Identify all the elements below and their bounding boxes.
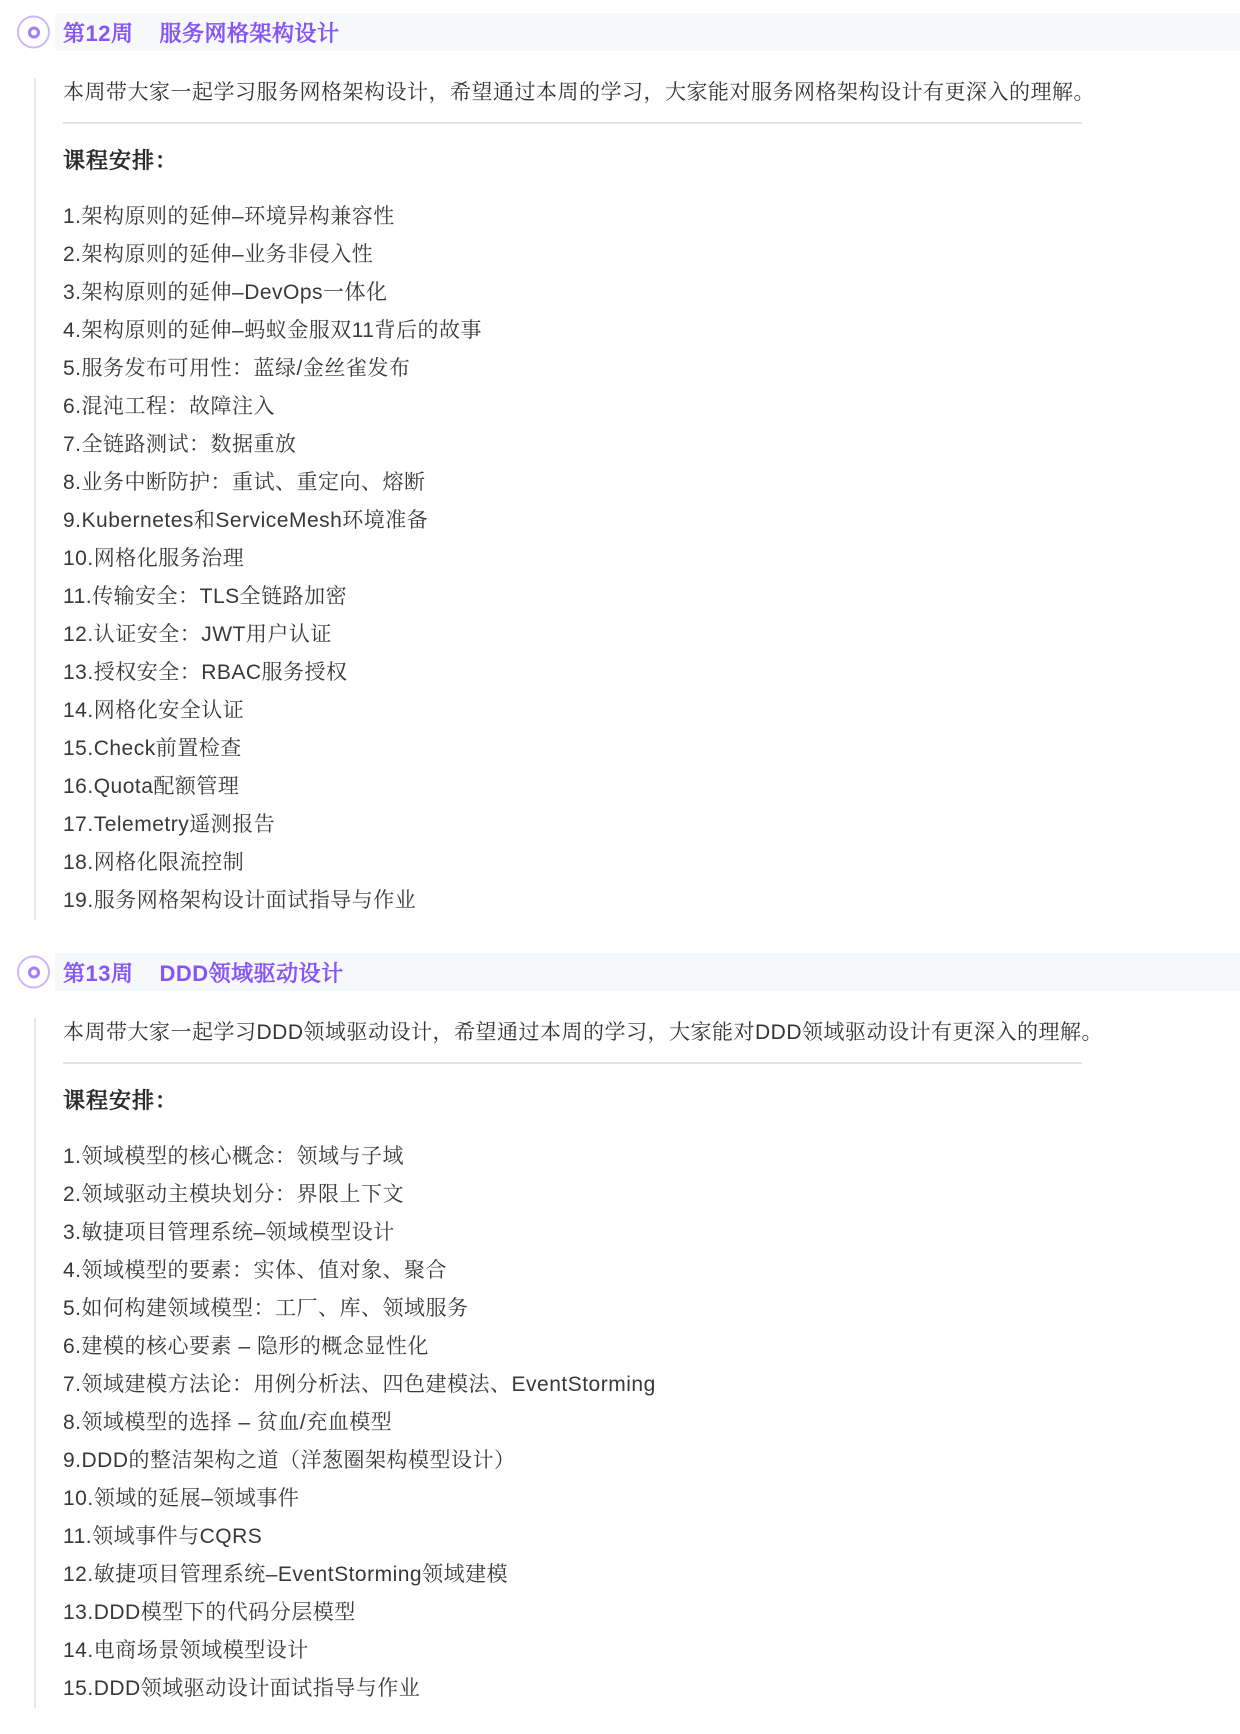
schedule-item: 5.服务发布可用性：蓝绿/金丝雀发布	[63, 350, 1240, 388]
schedule-item: 12.认证安全：JWT用户认证	[63, 616, 1240, 654]
timeline-marker-icon	[17, 16, 50, 49]
schedule-item: 19.服务网格架构设计面试指导与作业	[63, 882, 1240, 920]
schedule-item: 12.敏捷项目管理系统–EventStorming领域建模	[63, 1556, 1240, 1594]
schedule-item: 6.建模的核心要素 – 隐形的概念显性化	[63, 1328, 1240, 1366]
section-week-12: 第12周 服务网格架构设计 本周带大家一起学习服务网格架构设计，希望通过本周的学…	[0, 13, 1240, 920]
week-12-header-row: 第12周 服务网格架构设计	[0, 13, 1240, 51]
schedule-item: 9.DDD的整洁架构之道（洋葱圈架构模型设计）	[63, 1442, 1240, 1480]
schedule-item: 15.Check前置检查	[63, 730, 1240, 768]
week-13-header-row: 第13周 DDD领域驱动设计	[0, 953, 1240, 991]
schedule-item: 2.架构原则的延伸–业务非侵入性	[63, 236, 1240, 274]
week-12-body: 本周带大家一起学习服务网格架构设计，希望通过本周的学习，大家能对服务网格架构设计…	[34, 78, 1240, 920]
schedule-item: 14.电商场景领域模型设计	[63, 1632, 1240, 1670]
schedule-item: 7.全链路测试：数据重放	[63, 426, 1240, 464]
schedule-item: 3.敏捷项目管理系统–领域模型设计	[63, 1214, 1240, 1252]
week-title: 服务网格架构设计	[159, 17, 339, 48]
schedule-item: 15.DDD领域驱动设计面试指导与作业	[63, 1670, 1240, 1708]
section-week-13: 第13周 DDD领域驱动设计 本周带大家一起学习DDD领域驱动设计，希望通过本周…	[0, 953, 1240, 1708]
week-title: DDD领域驱动设计	[159, 957, 343, 988]
schedule-item: 7.领域建模方法论：用例分析法、四色建模法、EventStorming	[63, 1366, 1240, 1404]
section-gap	[0, 920, 1240, 953]
schedule-item: 4.架构原则的延伸–蚂蚁金服双11背后的故事	[63, 312, 1240, 350]
week-label: 第13周	[63, 957, 133, 988]
schedule-item: 10.领域的延展–领域事件	[63, 1480, 1240, 1518]
divider	[63, 122, 1082, 124]
schedule-item: 1.领域模型的核心概念：领域与子域	[63, 1138, 1240, 1176]
schedule-heading: 课程安排：	[63, 1086, 1240, 1116]
week-intro: 本周带大家一起学习DDD领域驱动设计，希望通过本周的学习，大家能对DDD领域驱动…	[63, 1018, 1240, 1048]
schedule-item: 8.领域模型的选择 – 贫血/充血模型	[63, 1404, 1240, 1442]
week-label: 第12周	[63, 17, 133, 48]
week-13-body: 本周带大家一起学习DDD领域驱动设计，希望通过本周的学习，大家能对DDD领域驱动…	[34, 1018, 1240, 1708]
timeline-marker-icon	[17, 956, 50, 989]
schedule-item: 13.授权安全：RBAC服务授权	[63, 654, 1240, 692]
schedule-list: 1.架构原则的延伸–环境异构兼容性2.架构原则的延伸–业务非侵入性3.架构原则的…	[63, 198, 1240, 920]
schedule-item: 17.Telemetry遥测报告	[63, 806, 1240, 844]
schedule-item: 3.架构原则的延伸–DevOps一体化	[63, 274, 1240, 312]
divider	[63, 1062, 1082, 1064]
schedule-item: 4.领域模型的要素：实体、值对象、聚合	[63, 1252, 1240, 1290]
schedule-item: 14.网格化安全认证	[63, 692, 1240, 730]
schedule-item: 8.业务中断防护：重试、重定向、熔断	[63, 464, 1240, 502]
schedule-item: 1.架构原则的延伸–环境异构兼容性	[63, 198, 1240, 236]
schedule-item: 13.DDD模型下的代码分层模型	[63, 1594, 1240, 1632]
schedule-item: 6.混沌工程：故障注入	[63, 388, 1240, 426]
week-intro: 本周带大家一起学习服务网格架构设计，希望通过本周的学习，大家能对服务网格架构设计…	[63, 78, 1240, 108]
schedule-item: 18.网格化限流控制	[63, 844, 1240, 882]
schedule-item: 5.如何构建领域模型：工厂、库、领域服务	[63, 1290, 1240, 1328]
course-syllabus-page: 第12周 服务网格架构设计 本周带大家一起学习服务网格架构设计，希望通过本周的学…	[0, 0, 1240, 1708]
timeline-marker-dot-icon	[28, 966, 40, 978]
schedule-heading: 课程安排：	[63, 146, 1240, 176]
schedule-item: 16.Quota配额管理	[63, 768, 1240, 806]
schedule-item: 9.Kubernetes和ServiceMesh环境准备	[63, 502, 1240, 540]
schedule-item: 11.领域事件与CQRS	[63, 1518, 1240, 1556]
week-12-header[interactable]: 第12周 服务网格架构设计	[55, 13, 1240, 51]
timeline-marker-dot-icon	[28, 26, 40, 38]
schedule-list: 1.领域模型的核心概念：领域与子域2.领域驱动主模块划分：界限上下文3.敏捷项目…	[63, 1138, 1240, 1708]
schedule-item: 11.传输安全：TLS全链路加密	[63, 578, 1240, 616]
schedule-item: 10.网格化服务治理	[63, 540, 1240, 578]
week-13-header[interactable]: 第13周 DDD领域驱动设计	[55, 953, 1240, 991]
schedule-item: 2.领域驱动主模块划分：界限上下文	[63, 1176, 1240, 1214]
